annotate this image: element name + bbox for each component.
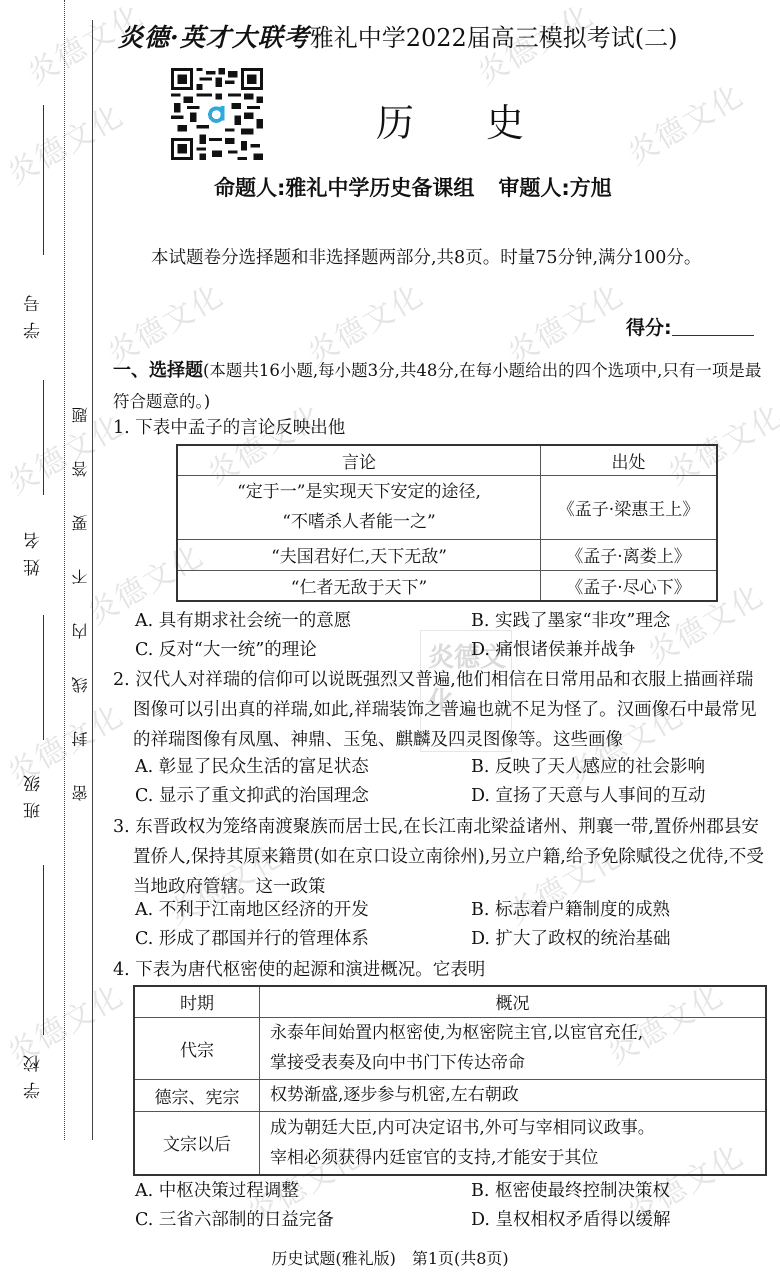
class-field-line[interactable]	[43, 615, 44, 740]
seal-char: 答	[70, 442, 92, 496]
table-cell: 文宗以后	[134, 1111, 260, 1175]
school-label: 学校	[22, 1045, 46, 1099]
page-footer: 历史试题(雅礼版) 第1页(共8页)	[0, 1246, 780, 1269]
score-label: 得分:	[626, 317, 672, 339]
subject-title: 历史	[376, 92, 596, 147]
exam-title: 炎德·英才大联考雅礼中学2022届高三模拟考试(二)	[118, 18, 778, 54]
table-cell: 《孟子·梁惠王上》	[541, 475, 718, 539]
option-c[interactable]: C. 反对“大一统”的理论	[135, 636, 317, 665]
seal-char: 要	[70, 496, 92, 550]
binding-margin: 学号 姓名 班级 学校 题 答 要 不 内 线 封 密	[0, 0, 110, 1288]
school-field-line[interactable]	[43, 865, 44, 1035]
class-label: 班级	[22, 765, 46, 819]
seal-char: 题	[70, 388, 92, 442]
table-header: 出处	[541, 445, 718, 475]
student-id-field-line[interactable]	[43, 105, 44, 255]
brand-name: 炎德·英才大联考	[118, 23, 310, 52]
option-a[interactable]: A. 彰显了民众生活的富足状态	[135, 753, 369, 782]
table-cell: “夫国君好仁,天下无敌”	[177, 539, 541, 570]
question-2: 2. 汉代人对祥瑞的信仰可以说既强烈又普遍,他们相信在日常用品和衣服上描画祥瑞图…	[113, 665, 768, 755]
student-id-label: 学号	[22, 285, 46, 339]
table-row: “仁者无敌于天下” 《孟子·尽心下》	[177, 570, 717, 601]
name-field-line[interactable]	[43, 380, 44, 495]
seal-char: 封	[70, 712, 92, 766]
table-cell: 德宗、宪宗	[134, 1079, 260, 1111]
table-cell: 权势渐盛,逐步参与机密,左右朝政	[260, 1079, 767, 1111]
option-b[interactable]: B. 枢密使最终控制决策权	[471, 1177, 670, 1206]
option-d[interactable]: D. 扩大了政权的统治基础	[471, 925, 671, 954]
option-c[interactable]: C. 三省六部制的日益完备	[135, 1206, 334, 1235]
score-blank[interactable]	[672, 335, 754, 336]
question-1-table: 言论 出处 “定于一”是实现天下安定的途径, “不嗜杀人者能一之” 《孟子·梁惠…	[176, 444, 718, 602]
seal-char: 密	[70, 766, 92, 820]
question-stem: 2. 汉代人对祥瑞的信仰可以说既强烈又普遍,他们相信在日常用品和衣服上描画祥瑞图…	[113, 665, 768, 755]
question-1: 1. 下表中孟子的言论反映出他	[113, 413, 768, 443]
option-a[interactable]: A. 具有期求社会统一的意愿	[135, 607, 351, 636]
table-row: “夫国君好仁,天下无敌” 《孟子·离娄上》	[177, 539, 717, 570]
option-a[interactable]: A. 不利于江南地区经济的开发	[135, 896, 369, 925]
table-cell: 《孟子·离娄上》	[541, 539, 718, 570]
option-b[interactable]: B. 反映了天人感应的社会影响	[471, 753, 705, 782]
reviewer: 审题人:方旭	[498, 176, 611, 200]
question-4: 4. 下表为唐代枢密使的起源和演进概况。它表明	[113, 955, 768, 985]
table-header: 言论	[177, 445, 541, 475]
seal-line-notice: 题 答 要 不 内 线 封 密	[70, 388, 92, 820]
question-stem: 4. 下表为唐代枢密使的起源和演进概况。它表明	[113, 955, 768, 985]
table-cell: 代宗	[134, 1017, 260, 1079]
binding-line	[92, 20, 93, 1140]
exam-name: 雅礼中学2022届高三模拟考试(二)	[310, 24, 678, 52]
watermark: 炎德文化	[618, 71, 751, 173]
table-cell: 《孟子·尽心下》	[541, 570, 718, 601]
seal-char: 不	[70, 550, 92, 604]
table-header: 时期	[134, 986, 260, 1017]
table-header: 概况	[260, 986, 767, 1017]
score-field: 得分:	[626, 313, 754, 340]
seal-char: 内	[70, 604, 92, 658]
option-c[interactable]: C. 形成了郡国并行的管理体系	[135, 925, 369, 954]
seal-char: 线	[70, 658, 92, 712]
table-cell: 成为朝廷大臣,内可决定诏书,外可与宰相同议政事。 宰相必须获得内廷宦官的支持,才…	[260, 1111, 767, 1175]
table-row: 文宗以后 成为朝廷大臣,内可决定诏书,外可与宰相同议政事。 宰相必须获得内廷宦官…	[134, 1111, 766, 1175]
option-b[interactable]: B. 实践了墨家“非攻”理念	[471, 607, 670, 636]
authors-line: 命题人:雅礼中学历史备课组审题人:方旭	[214, 172, 612, 202]
option-c[interactable]: C. 显示了重文抑武的治国理念	[135, 782, 369, 811]
table-cell: 永泰年间始置内枢密使,为枢密院主官,以宦官充任, 掌接受表奏及向中书门下传达帝命	[260, 1017, 767, 1079]
dotted-cut-line	[64, 0, 65, 1140]
table-row: “定于一”是实现天下安定的途径, “不嗜杀人者能一之” 《孟子·梁惠王上》	[177, 475, 717, 539]
question-stem: 3. 东晋政权为笼络南渡聚族而居士民,在长江南北梁益诸州、荆襄一带,置侨州郡县安…	[113, 812, 768, 902]
name-label: 姓名	[22, 522, 46, 576]
question-4-table: 时期 概况 代宗 永泰年间始置内枢密使,为枢密院主官,以宦官充任, 掌接受表奏及…	[133, 985, 767, 1176]
question-3: 3. 东晋政权为笼络南渡聚族而居士民,在长江南北梁益诸州、荆襄一带,置侨州郡县安…	[113, 812, 768, 902]
section-title: 一、选择题	[113, 360, 203, 381]
section-note: (本题共16小题,每小题3分,共48分,在每小题给出的四个选项中,只有一项是最符…	[113, 361, 761, 411]
table-cell: “仁者无敌于天下”	[177, 570, 541, 601]
option-b[interactable]: B. 标志着户籍制度的成熟	[471, 896, 670, 925]
question-stem: 1. 下表中孟子的言论反映出他	[113, 413, 768, 443]
option-d[interactable]: D. 痛恨诸侯兼并战争	[471, 636, 636, 665]
option-a[interactable]: A. 中枢决策过程调整	[135, 1177, 299, 1206]
table-row: 代宗 永泰年间始置内枢密使,为枢密院主官,以宦官充任, 掌接受表奏及向中书门下传…	[134, 1017, 766, 1079]
question-setter: 命题人:雅礼中学历史备课组	[214, 176, 474, 200]
table-cell: “定于一”是实现天下安定的途径, “不嗜杀人者能一之”	[177, 475, 541, 539]
exam-instructions: 本试题卷分选择题和非选择题两部分,共8页。时量75分钟,满分100分。	[113, 240, 763, 277]
table-row: 德宗、宪宗 权势渐盛,逐步参与机密,左右朝政	[134, 1079, 766, 1111]
section-heading: 一、选择题(本题共16小题,每小题3分,共48分,在每小题给出的四个选项中,只有…	[113, 355, 765, 417]
option-d[interactable]: D. 皇权相权矛盾得以缓解	[471, 1206, 671, 1235]
qr-code-icon[interactable]	[171, 68, 263, 160]
option-d[interactable]: D. 宣扬了天意与人事间的互动	[471, 782, 706, 811]
